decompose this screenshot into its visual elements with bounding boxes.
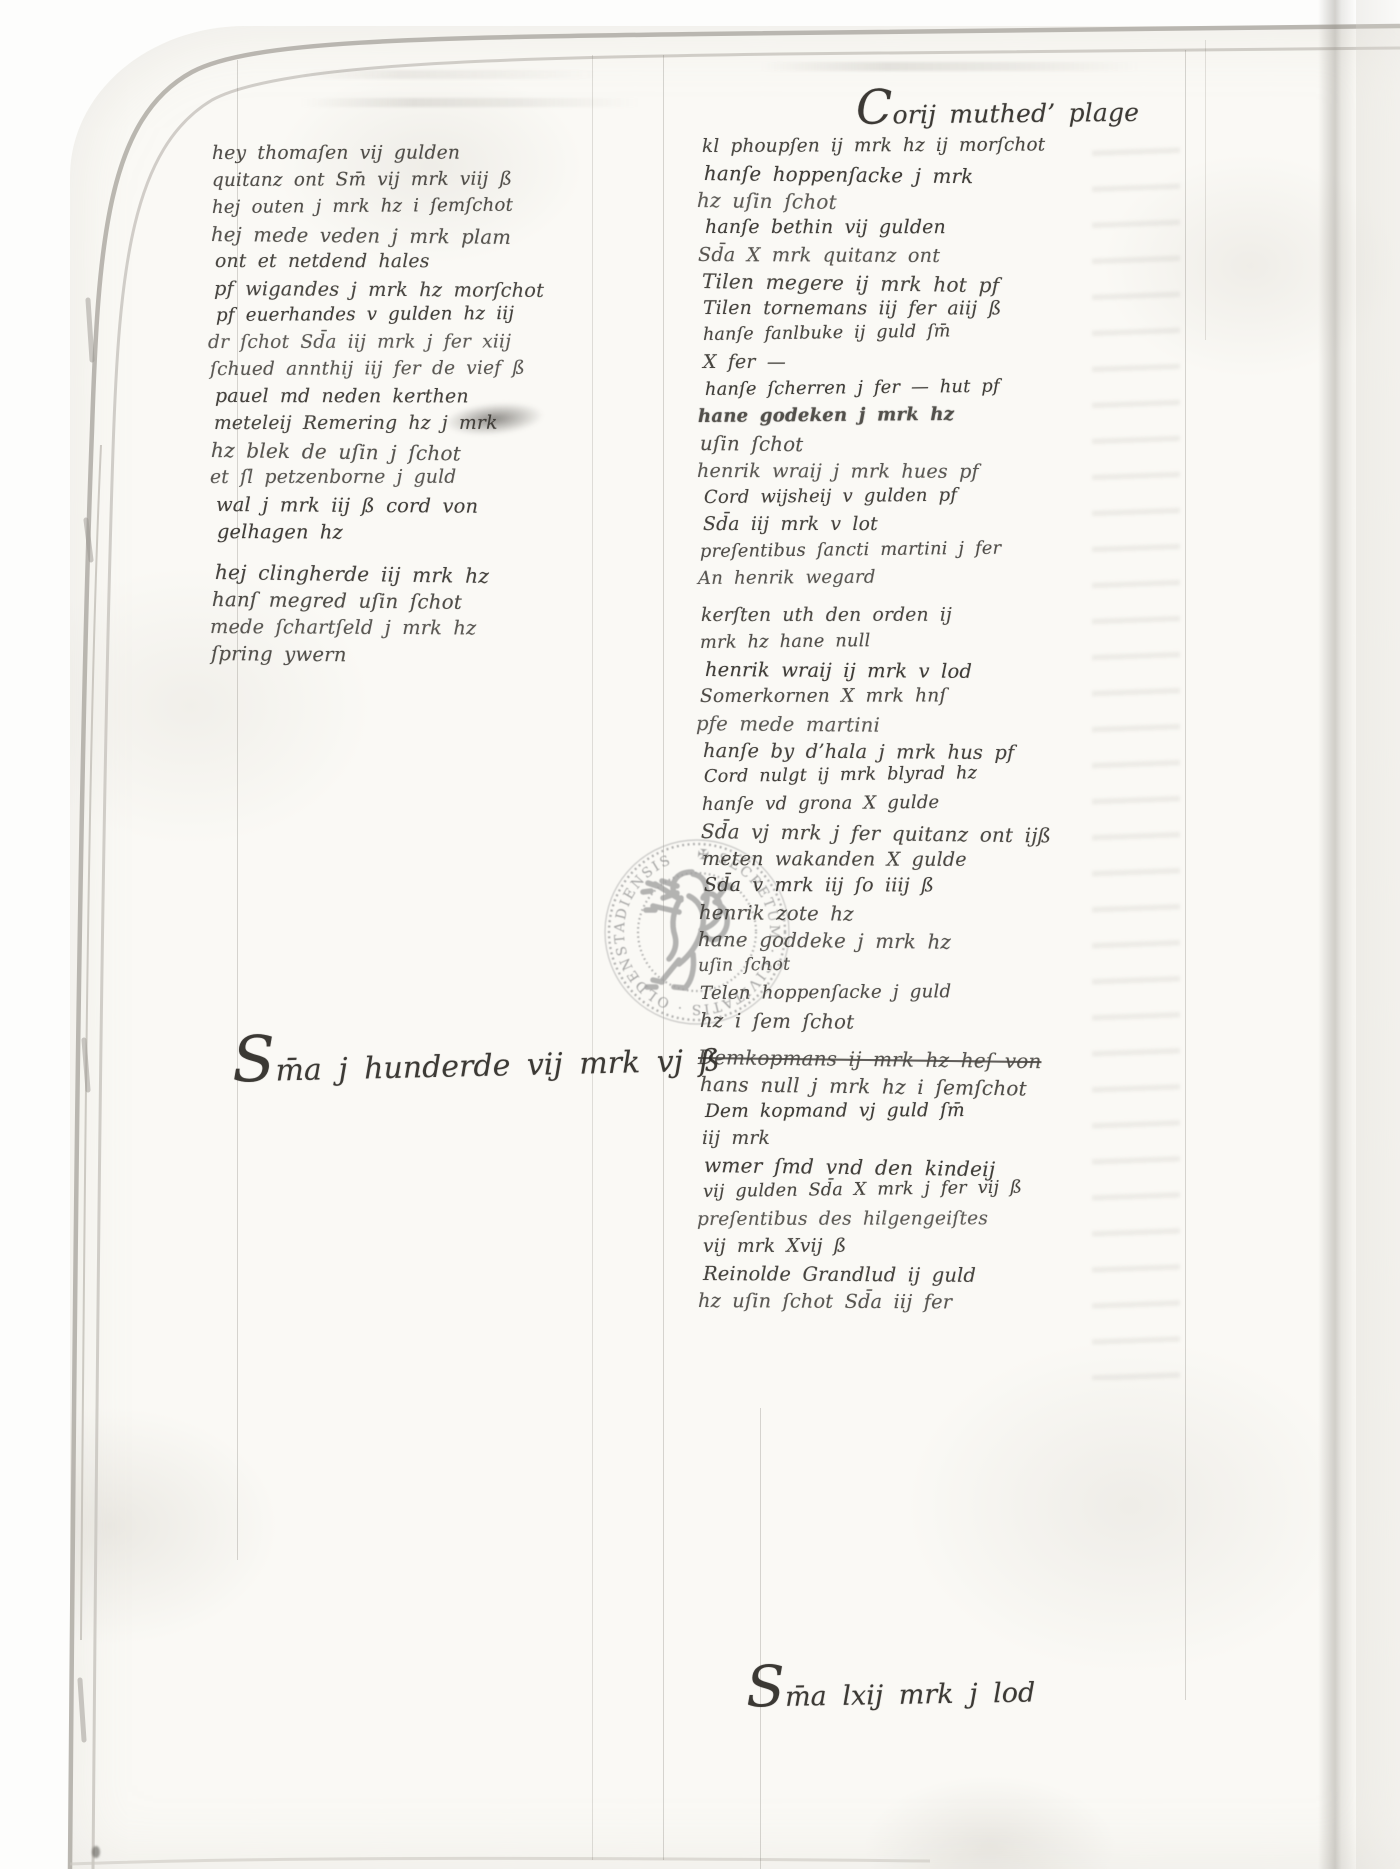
manuscript-line: Cord wijsheij v gulden pf (703, 480, 1192, 511)
summa-right: Sm̄a lxij mrk j lod (745, 1649, 1035, 1720)
manuscript-line: Reinolde Grandlud ij guld (703, 1260, 1192, 1290)
manuscript-line: quitanz ont Sm̄ vij mrk viij ß (212, 165, 688, 194)
manuscript-line: mrk hz hane null (700, 624, 1192, 656)
next-page-strip (1356, 0, 1400, 1869)
scanned-manuscript-page: ✠ SECRETUM · CIVITATIS · OLDENSTADIENSIS… (0, 0, 1400, 1869)
fold-line (1205, 40, 1206, 340)
manuscript-line: hanſe bethin vij gulden (705, 214, 1192, 241)
bleed-through-mark (300, 98, 640, 107)
bleed-through-mark (300, 70, 600, 79)
manuscript-line: vij mrk Xvij ß (703, 1232, 1192, 1260)
manuscript-line: Sd̄a X mrk quitanz ont (698, 241, 1192, 270)
right-column: Corij muthed’ plage kl phoupſen ij mrk h… (698, 88, 1192, 1314)
manuscript-line: meten wakanden X gulde (701, 845, 1192, 874)
manuscript-line: hz uſin ſchot Sd̄a iij fer (698, 1287, 1192, 1317)
manuscript-line: iij mrk (702, 1124, 1192, 1152)
fold-line (760, 1408, 761, 1869)
manuscript-line: hanſe vd grona X gulde (702, 787, 1192, 818)
manuscript-line: pf euerhandes v gulden hz iij (216, 299, 688, 329)
manuscript-line: vij gulden Sd̄a X mrk j fer vij ß (702, 1172, 1192, 1206)
summa-left: Sm̄a j hunderde vij mrk vj ß (231, 1012, 720, 1096)
manuscript-line: ſchued annthij iij fer de vief ß (210, 354, 688, 383)
manuscript-line: mede ſchartſeld j mrk hz (210, 613, 688, 643)
manuscript-line: uſin ſchot (698, 946, 1192, 980)
manuscript-line: Telen hoppenſacke j guld (700, 976, 1192, 1007)
manuscript-line: hej outen j mrk hz i ſemſchot (212, 190, 688, 221)
manuscript-line: hanſe ſcherren j fer — hut pf (705, 370, 1192, 403)
manuscript-line: ont et netdend hales (214, 248, 688, 275)
manuscript-line: preſentibus des hilgengeiſtes (696, 1205, 1192, 1233)
manuscript-line: gelhagen hz (217, 518, 688, 548)
manuscript-line: Cord nulgt ij mrk blyrad hz (704, 757, 1192, 791)
right-column-heading: Corij muthed’ plage (856, 86, 1192, 135)
manuscript-line: dr ſchot Sd̄a iij mrk j fer xiij (208, 328, 688, 356)
right-fold-shadow (1318, 0, 1356, 1869)
manuscript-line: preſentibus ſancti martini j fer (700, 533, 1192, 565)
manuscript-line: Somerkornen X mrk hnſ (700, 682, 1192, 710)
manuscript-line: ſpring ywern (211, 640, 688, 672)
manuscript-line: Dem kopmand vj guld ſm̄ (705, 1096, 1192, 1125)
manuscript-line: hz i ſem ſchot (700, 1007, 1192, 1039)
bleed-through-mark (760, 62, 1140, 71)
manuscript-line: kl phoupſen ij mrk hz ij morſchot (702, 131, 1192, 160)
manuscript-line: hey thomaſen vij gulden (212, 139, 688, 167)
manuscript-line: wal j mrk iij ß cord von (216, 491, 688, 521)
right-column-lines: kl phoupſen ij mrk hz ij morſchothanſe h… (698, 133, 1192, 1314)
manuscript-line: Sd̄a v mrk iij ſo iiij ß (703, 872, 1192, 900)
manuscript-line: hane godeken j mrk hz (697, 399, 1192, 430)
manuscript-line: An henrik wegard (698, 561, 1192, 592)
manuscript-line: hanſe fanlbuke ij guld ſm̄ (702, 315, 1192, 349)
corner-speck (92, 1846, 100, 1858)
manuscript-line: et ſl petzenborne j guld (210, 463, 688, 491)
